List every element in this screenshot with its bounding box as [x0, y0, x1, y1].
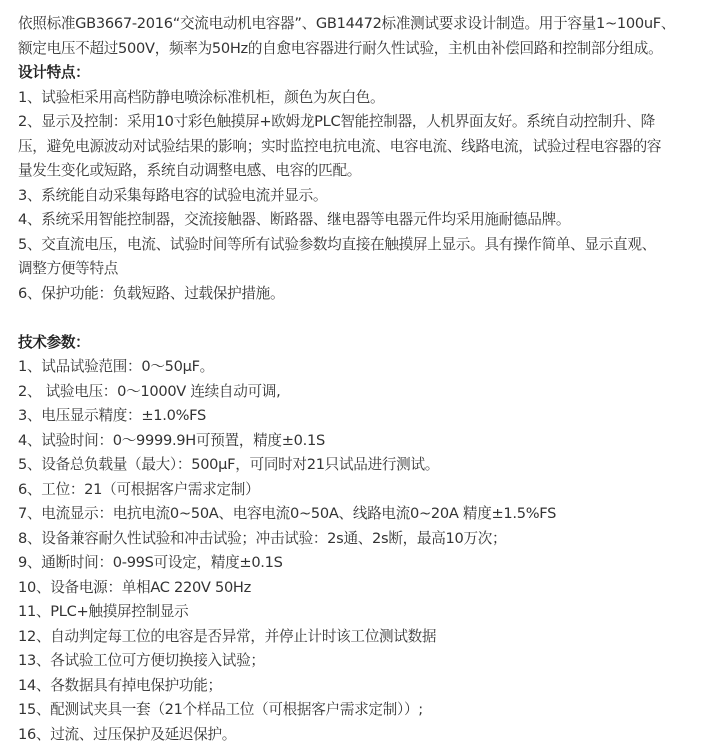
tech-params-section: 技术参数： 1、试品试验范围：0～50μF。 2、 试验电压：0～1000V 连… [18, 331, 718, 748]
param-line: 9、通断时间：0-99S可设定，精度±0.1S [18, 551, 718, 576]
design-features-section: 设计特点： 1、试验柜采用高档防静电喷涂标准机柜，颜色为灰白色。 2、显示及控制… [18, 61, 718, 306]
feature-line: 调整方便等特点 [18, 257, 718, 282]
feature-line: 4、系统采用智能控制器，交流接触器、断路器、继电器等电器元件均采用施耐德品牌。 [18, 208, 718, 233]
intro-section: 依照标准GB3667-2016“交流电动机电容器”、GB14472标准测试要求设… [18, 12, 718, 61]
feature-line: 6、保护功能：负载短路、过载保护措施。 [18, 282, 718, 307]
section-spacer [18, 306, 718, 331]
product-spec-document: 依照标准GB3667-2016“交流电动机电容器”、GB14472标准测试要求设… [18, 12, 718, 747]
param-line: 7、电流显示：电抗电流0~50A、电容电流0~50A、线路电流0~20A 精度±… [18, 502, 718, 527]
feature-line: 5、交直流电压，电流、试验时间等所有试验参数均直接在触摸屏上显示。具有操作简单、… [18, 233, 718, 258]
param-line: 4、试验时间：0～9999.9H可预置，精度±0.1S [18, 429, 718, 454]
feature-line: 2、显示及控制：采用10寸彩色触摸屏+欧姆龙PLC智能控制器，人机界面友好。系统… [18, 110, 718, 135]
param-line: 14、各数据具有掉电保护功能； [18, 674, 718, 699]
param-line: 2、 试验电压：0～1000V 连续自动可调, [18, 380, 718, 405]
param-line: 6、工位：21（可根据客户需求定制） [18, 478, 718, 503]
param-line: 16、过流、过压保护及延迟保护。 [18, 723, 718, 748]
param-line: 5、设备总负载量（最大）：500μF，可同时对21只试品进行测试。 [18, 453, 718, 478]
tech-params-heading: 技术参数： [18, 331, 718, 356]
feature-line: 3、系统能自动采集每路电容的试验电流并显示。 [18, 184, 718, 209]
param-line: 10、设备电源：单相AC 220V 50Hz [18, 576, 718, 601]
feature-line: 1、试验柜采用高档防静电喷涂标准机柜，颜色为灰白色。 [18, 86, 718, 111]
feature-line: 压，避免电源波动对试验结果的影响；实时监控电抗电流、电容电流、线路电流，试验过程… [18, 135, 718, 160]
param-line: 1、试品试验范围：0～50μF。 [18, 355, 718, 380]
param-line: 11、PLC+触摸屏控制显示 [18, 600, 718, 625]
param-line: 13、各试验工位可方便切换接入试验； [18, 649, 718, 674]
feature-line: 量发生变化或短路，系统自动调整电感、电容的匹配。 [18, 159, 718, 184]
param-line: 3、电压显示精度：±1.0%FS [18, 404, 718, 429]
param-line: 8、设备兼容耐久性试验和冲击试验；冲击试验：2s通、2s断，最高10万次； [18, 527, 718, 552]
design-features-heading: 设计特点： [18, 61, 718, 86]
param-line: 15、配测试夹具一套（21个样品工位（可根据客户需求定制））; [18, 698, 718, 723]
intro-line: 依照标准GB3667-2016“交流电动机电容器”、GB14472标准测试要求设… [18, 12, 718, 37]
param-line: 12、自动判定每工位的电容是否异常，并停止计时该工位测试数据 [18, 625, 718, 650]
intro-line: 额定电压不超过500V，频率为50Hz的自愈电容器进行耐久性试验，主机由补偿回路… [18, 37, 718, 62]
